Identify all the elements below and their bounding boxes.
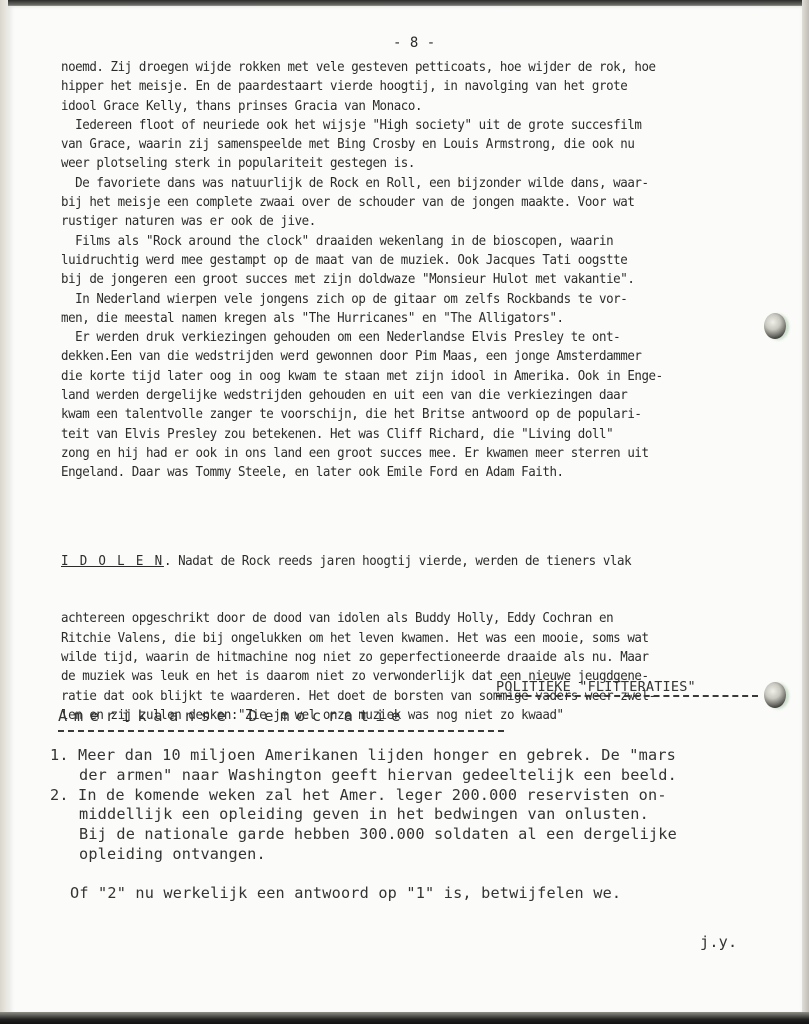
list-item-line: der armen" naar Washington geeft hiervan…: [50, 766, 677, 786]
text-line: rustiger naturen was er ook de jive.: [61, 212, 663, 231]
text-line: In Nederland wierpen vele jongens zich o…: [61, 290, 663, 309]
list-item-line: opleiding ontvangen.: [50, 845, 677, 865]
text-line: land werden dergelijke wedstrijden gehou…: [61, 386, 663, 405]
text-line: idool Grace Kelly, thans prinses Gracia …: [61, 97, 663, 116]
text-line: Iedereen floot of neuriede ook het wijsj…: [61, 116, 663, 135]
text-line: wilde tijd, waarin de hitmachine nog nie…: [61, 648, 656, 667]
text-line: Ritchie Valens, die bij ongelukken om he…: [61, 629, 656, 648]
text-line: Er werden druk verkiezingen gehouden om …: [61, 328, 663, 347]
article-body: noemd. Zij droegen wijde rokken met vele…: [61, 58, 663, 483]
signature: j.y.: [700, 933, 737, 953]
text-line: De favoriete dans was natuurlijk de Rock…: [61, 174, 663, 193]
idolen-heading: I D O L E N: [61, 554, 164, 569]
punch-hole-icon: [764, 313, 786, 339]
page-number: - 8 -: [393, 35, 435, 51]
text-line: bij het meisje een complete zwaai over d…: [61, 193, 663, 212]
text-line: luidruchtig werd mee gestampt op de maat…: [61, 251, 663, 270]
text-line: Engeland. Daar was Tommy Steele, en late…: [61, 463, 663, 482]
closing-line: Of "2" nu werkelijk een antwoord op "1" …: [70, 884, 621, 904]
scan-left-edge: [0, 0, 8, 1024]
scan-bottom-edge: [0, 1012, 809, 1024]
text-line: men, die meestal namen kregen als "The H…: [61, 309, 663, 328]
text-line: kwam een talentvolle zanger te voorschij…: [61, 405, 663, 424]
idolen-first-line: I D O L E N. Nadat de Rock reeds jaren h…: [61, 552, 656, 571]
list-item-line: 1. Meer dan 10 miljoen Amerikanen lijden…: [50, 746, 677, 766]
text-line: teit van Elvis Presley zou betekenen. He…: [61, 425, 663, 444]
section-title: Amerikaanse Democratie: [58, 707, 407, 727]
text-line: noemd. Zij droegen wijde rokken met vele…: [61, 58, 663, 77]
text-line: dekken.Een van die wedstrijden werd gewo…: [61, 347, 663, 366]
section-title-underline: [58, 730, 504, 732]
list-item-line: middellijk een opleiding geven in het be…: [50, 805, 677, 825]
text-line: weer plotseling sterk in populariteit ge…: [61, 154, 663, 173]
section-header-underline: [496, 695, 758, 697]
text-line: van Grace, waarin zij samenspeelde met B…: [61, 135, 663, 154]
punch-hole-icon: [764, 682, 786, 708]
text-line: bij de jongeren een groot succes met zij…: [61, 270, 663, 289]
text-line: achtereen opgeschrikt door de dood van i…: [61, 609, 656, 628]
numbered-list: 1. Meer dan 10 miljoen Amerikanen lijden…: [50, 746, 677, 865]
scan-right-edge: [802, 0, 809, 1024]
text-line: zong en hij had er ook in ons land een g…: [61, 444, 663, 463]
list-item-line: 2. In de komende weken zal het Amer. leg…: [50, 786, 677, 806]
text-line: die korte tijd later oog in oog kwam te …: [61, 367, 663, 386]
text-line: Films als "Rock around the clock" draaid…: [61, 232, 663, 251]
text-line: hipper het meisje. En de paardestaart vi…: [61, 77, 663, 96]
list-item-line: Bij de nationale garde hebben 300.000 so…: [50, 825, 677, 845]
